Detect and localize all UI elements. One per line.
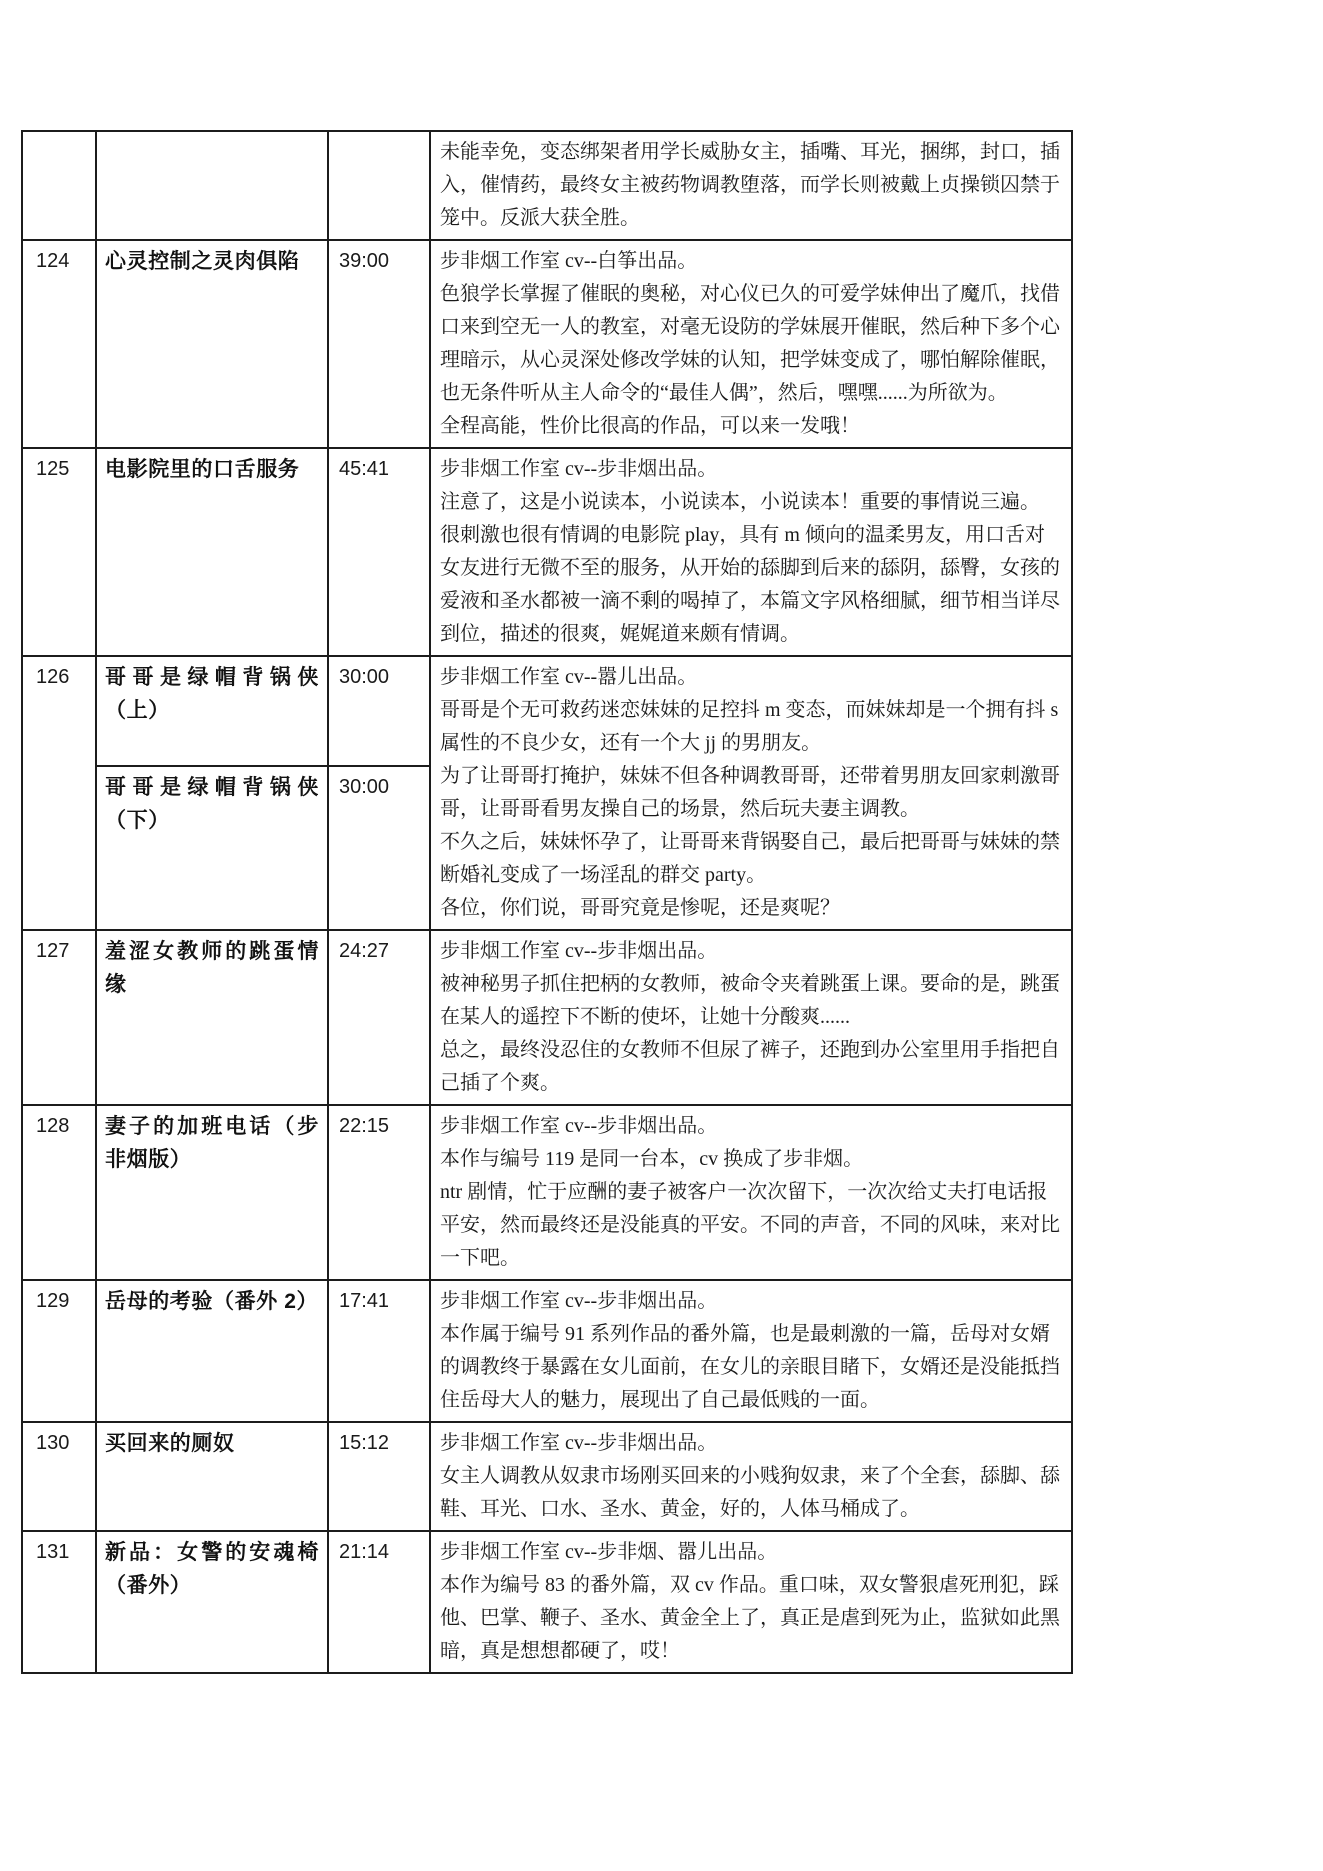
duration-cell: 17:41 xyxy=(328,1280,430,1422)
description-paragraph: 不久之后，妹妹怀孕了，让哥哥来背锅娶自己，最后把哥哥与妹妹的禁断婚礼变成了一场淫… xyxy=(440,826,1062,892)
table-row: 128 妻子的加班电话（步非烟版） 22:15 步非烟工作室 cv--步非烟出品… xyxy=(22,1105,1072,1280)
description-paragraph: 全程高能，性价比很高的作品，可以来一发哦！ xyxy=(440,410,1062,443)
duration-cell: 30:00 xyxy=(328,766,430,930)
description-cell: 未能幸免，变态绑架者用学长威胁女主，插嘴、耳光，捆绑，封口，插入，催情药，最终女… xyxy=(430,131,1072,240)
table-row: 125 电影院里的口舌服务 45:41 步非烟工作室 cv--步非烟出品。注意了… xyxy=(22,448,1072,656)
title-cell: 哥哥是绿帽背锅侠（上） xyxy=(96,656,328,766)
row-number-cell: 126 xyxy=(22,656,96,930)
description-paragraph: 步非烟工作室 cv--白筝出品。 xyxy=(440,245,1062,278)
description-cell: 步非烟工作室 cv--步非烟出品。本作与编号 119 是同一台本，cv 换成了步… xyxy=(430,1105,1072,1280)
description-paragraph: 步非烟工作室 cv--嚣儿出品。 xyxy=(440,661,1062,694)
duration-cell: 45:41 xyxy=(328,448,430,656)
description-paragraph: 各位，你们说，哥哥究竟是惨呢，还是爽呢？ xyxy=(440,892,1062,925)
description-paragraph: 注意了，这是小说读本，小说读本，小说读本！重要的事情说三遍。 xyxy=(440,486,1062,519)
description-paragraph: 步非烟工作室 cv--步非烟出品。 xyxy=(440,1110,1062,1143)
title-cell: 哥哥是绿帽背锅侠（下） xyxy=(96,766,328,930)
title-cell: 新品：女警的安魂椅（番外） xyxy=(96,1531,328,1673)
row-number-cell: 128 xyxy=(22,1105,96,1280)
row-number-cell: 125 xyxy=(22,448,96,656)
description-paragraph: 步非烟工作室 cv--步非烟出品。 xyxy=(440,935,1062,968)
description-paragraph: ntr 剧情，忙于应酬的妻子被客户一次次留下，一次次给丈夫打电话报平安，然而最终… xyxy=(440,1176,1062,1275)
description-cell: 步非烟工作室 cv--步非烟出品。被神秘男子抓住把柄的女教师，被命令夹着跳蛋上课… xyxy=(430,930,1072,1105)
table-row: 129 岳母的考验（番外 2） 17:41 步非烟工作室 cv--步非烟出品。本… xyxy=(22,1280,1072,1422)
row-number-cell: 127 xyxy=(22,930,96,1105)
description-paragraph: 哥哥是个无可救药迷恋妹妹的足控抖 m 变态，而妹妹却是一个拥有抖 s 属性的不良… xyxy=(440,694,1062,760)
title-cell xyxy=(96,131,328,240)
title-cell: 岳母的考验（番外 2） xyxy=(96,1280,328,1422)
description-paragraph: 本作属于编号 91 系列作品的番外篇，也是最刺激的一篇，岳母对女婿的调教终于暴露… xyxy=(440,1318,1062,1417)
description-paragraph: 步非烟工作室 cv--步非烟、嚣儿出品。 xyxy=(440,1536,1062,1569)
duration-cell: 39:00 xyxy=(328,240,430,448)
document-page: 未能幸免，变态绑架者用学长威胁女主，插嘴、耳光，捆绑，封口，插入，催情药，最终女… xyxy=(0,0,1323,1871)
title-cell: 买回来的厕奴 xyxy=(96,1422,328,1531)
table-row: 未能幸免，变态绑架者用学长威胁女主，插嘴、耳光，捆绑，封口，插入，催情药，最终女… xyxy=(22,131,1072,240)
description-paragraph: 步非烟工作室 cv--步非烟出品。 xyxy=(440,1285,1062,1318)
row-number-cell: 129 xyxy=(22,1280,96,1422)
description-cell: 步非烟工作室 cv--嚣儿出品。哥哥是个无可救药迷恋妹妹的足控抖 m 变态，而妹… xyxy=(430,656,1072,930)
title-cell: 电影院里的口舌服务 xyxy=(96,448,328,656)
row-number-cell: 130 xyxy=(22,1422,96,1531)
description-paragraph: 为了让哥哥打掩护，妹妹不但各种调教哥哥，还带着男朋友回家刺激哥哥，让哥哥看男友操… xyxy=(440,760,1062,826)
title-cell: 心灵控制之灵肉俱陷 xyxy=(96,240,328,448)
table-row: 131 新品：女警的安魂椅（番外） 21:14 步非烟工作室 cv--步非烟、嚣… xyxy=(22,1531,1072,1673)
description-paragraph: 未能幸免，变态绑架者用学长威胁女主，插嘴、耳光，捆绑，封口，插入，催情药，最终女… xyxy=(440,136,1062,235)
description-cell: 步非烟工作室 cv--步非烟出品。本作属于编号 91 系列作品的番外篇，也是最刺… xyxy=(430,1280,1072,1422)
title-cell: 羞涩女教师的跳蛋情缘 xyxy=(96,930,328,1105)
description-cell: 步非烟工作室 cv--步非烟出品。注意了，这是小说读本，小说读本，小说读本！重要… xyxy=(430,448,1072,656)
description-cell: 步非烟工作室 cv--步非烟出品。女主人调教从奴隶市场刚买回来的小贱狗奴隶，来了… xyxy=(430,1422,1072,1531)
description-paragraph: 本作与编号 119 是同一台本，cv 换成了步非烟。 xyxy=(440,1143,1062,1176)
duration-cell: 30:00 xyxy=(328,656,430,766)
description-paragraph: 步非烟工作室 cv--步非烟出品。 xyxy=(440,1427,1062,1460)
description-cell: 步非烟工作室 cv--步非烟、嚣儿出品。本作为编号 83 的番外篇，双 cv 作… xyxy=(430,1531,1072,1673)
table-row: 124 心灵控制之灵肉俱陷 39:00 步非烟工作室 cv--白筝出品。色狼学长… xyxy=(22,240,1072,448)
description-paragraph: 色狼学长掌握了催眠的奥秘，对心仪已久的可爱学妹伸出了魔爪，找借口来到空无一人的教… xyxy=(440,278,1062,410)
table-row: 126 哥哥是绿帽背锅侠（上） 30:00 步非烟工作室 cv--嚣儿出品。哥哥… xyxy=(22,656,1072,766)
works-table: 未能幸免，变态绑架者用学长威胁女主，插嘴、耳光，捆绑，封口，插入，催情药，最终女… xyxy=(21,130,1073,1674)
duration-cell: 24:27 xyxy=(328,930,430,1105)
title-cell: 妻子的加班电话（步非烟版） xyxy=(96,1105,328,1280)
duration-cell: 22:15 xyxy=(328,1105,430,1280)
row-number-cell: 131 xyxy=(22,1531,96,1673)
duration-cell xyxy=(328,131,430,240)
description-cell: 步非烟工作室 cv--白筝出品。色狼学长掌握了催眠的奥秘，对心仪已久的可爱学妹伸… xyxy=(430,240,1072,448)
row-number-cell: 124 xyxy=(22,240,96,448)
duration-cell: 15:12 xyxy=(328,1422,430,1531)
table-row: 127 羞涩女教师的跳蛋情缘 24:27 步非烟工作室 cv--步非烟出品。被神… xyxy=(22,930,1072,1105)
description-paragraph: 本作为编号 83 的番外篇，双 cv 作品。重口味，双女警狠虐死刑犯，踩他、巴掌… xyxy=(440,1569,1062,1668)
row-number-cell xyxy=(22,131,96,240)
description-paragraph: 被神秘男子抓住把柄的女教师，被命令夹着跳蛋上课。要命的是，跳蛋在某人的遥控下不断… xyxy=(440,968,1062,1034)
description-paragraph: 总之，最终没忍住的女教师不但尿了裤子，还跑到办公室里用手指把自己插了个爽。 xyxy=(440,1034,1062,1100)
description-paragraph: 女主人调教从奴隶市场刚买回来的小贱狗奴隶，来了个全套，舔脚、舔鞋、耳光、口水、圣… xyxy=(440,1460,1062,1526)
duration-cell: 21:14 xyxy=(328,1531,430,1673)
table-row: 130 买回来的厕奴 15:12 步非烟工作室 cv--步非烟出品。女主人调教从… xyxy=(22,1422,1072,1531)
description-paragraph: 很刺激也很有情调的电影院 play，具有 m 倾向的温柔男友，用口舌对女友进行无… xyxy=(440,519,1062,651)
description-paragraph: 步非烟工作室 cv--步非烟出品。 xyxy=(440,453,1062,486)
